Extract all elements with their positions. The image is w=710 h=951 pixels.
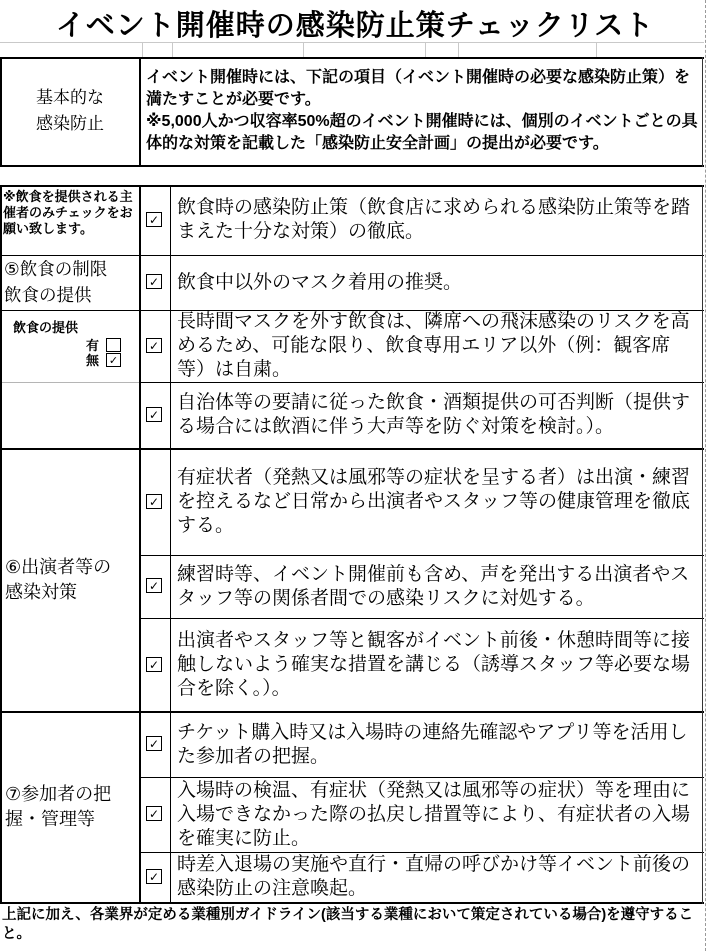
checklist-item-text: 有症状者（発熱又は風邪等の症状を呈する者）は出演・練習を控えるなど日常から出演者… [177,450,693,554]
checklist-item-text: チケット購入時又は入場時の連絡先確認やアプリ等を活用した参加者の把握。 [177,713,693,776]
checklist-item-checkbox[interactable]: ✓ [146,736,162,751]
table-border [140,382,704,383]
grid-line [596,42,597,57]
food-no-label: 無 [86,354,99,367]
grid-line [0,42,704,43]
checklist-item-checkbox[interactable]: ✓ [146,657,162,672]
table-border [0,711,704,713]
sidebar-food-provision-cell: 飲食の提供 有 無 ✓ [0,311,139,381]
checklist-item-checkbox[interactable]: ✓ [146,869,162,884]
sidebar-section5-label: ⑤飲食の制限 飲食の提供 [4,255,138,309]
table-border [140,777,704,778]
checklist-item-text: 飲食中以外のマスク着用の推奨。 [177,256,693,309]
table-border [0,165,704,167]
checklist-item-checkbox[interactable]: ✓ [146,494,162,509]
food-yes-option: 有 [86,338,121,352]
grid-line [458,42,459,57]
grid-line [142,42,143,57]
intro-paragraph: イベント開催時には、下記の項目（イベント開催時の必要な感染防止策）を満たすことが… [146,67,698,111]
intro-text: イベント開催時には、下記の項目（イベント開催時の必要な感染防止策）を満たすことが… [146,59,698,163]
checklist-item-text: 練習時等、イベント開催前も含め、声を発出する出演者やスタッフ等の関係者間での感染… [177,556,693,617]
checklist-item-checkbox[interactable]: ✓ [146,407,162,422]
checklist-item-checkbox[interactable]: ✓ [146,338,162,353]
page-title: イベント開催時の感染防止策チェックリスト [0,2,710,44]
table-border [702,57,703,167]
table-border [0,255,704,256]
table-border [170,185,171,904]
grid-line [0,382,140,383]
table-border [139,185,141,904]
table-border [0,57,704,59]
grid-line [425,42,426,57]
checklist-item-text: 飲食時の感染防止策（飲食店に求められる感染防止策等を踏まえた十分な対策）の徹底。 [177,186,693,254]
food-no-option: 無 ✓ [86,353,121,367]
table-border [0,57,2,167]
table-border [139,57,141,167]
intro-row-label: 基本的な 感染防止 [2,59,138,163]
food-no-checkbox[interactable]: ✓ [106,353,121,367]
table-border [0,448,704,450]
checklist-item-text: 自治体等の要請に従った飲食・酒類提供の可否判断（提供する場合には飲酒に伴う大声等… [177,383,693,447]
checklist-item-text: 出演者やスタッフ等と観客がイベント前後・休憩時間等に接触しないよう確実な措置を講… [177,620,693,710]
table-border [0,902,704,904]
table-border [702,185,703,904]
table-border [0,185,2,904]
checklist-item-checkbox[interactable]: ✓ [146,212,162,227]
sidebar-note: ※飲食を提供される主催者のみチェックをお願い致します。 [3,189,135,251]
footer-note: 上記に加え、各業界が定める業種別ガイドライン(該当する業種において策定されている… [2,906,706,944]
table-border [140,555,704,556]
table-border [0,185,704,187]
food-yes-label: 有 [86,339,99,352]
grid-line [303,42,304,57]
checklist-item-text: 入場時の検温、有症状（発熱又は風邪等の症状）等を理由に入場できなかった際の払戻し… [177,778,693,851]
checklist-item-text: 時差入退場の実施や直行・直帰の呼びかけ等イベント前後の感染防止の注意喚起。 [177,853,693,901]
checklist-item-checkbox[interactable]: ✓ [146,806,162,821]
table-border [140,618,704,619]
food-yes-checkbox[interactable] [106,338,121,352]
intro-note-paragraph: ※5,000人かつ収容率50%超のイベント開催時には、個別のイベントごとの具体的… [146,111,698,155]
checklist-item-checkbox[interactable]: ✓ [146,274,162,289]
sidebar-section6-label: ⑥出演者等の 感染対策 [0,450,139,710]
table-border [140,852,704,853]
food-provision-label: 飲食の提供 [13,317,78,336]
sidebar-section7-label: ⑦参加者の把 握・管理等 [0,713,139,901]
checklist-item-text: 長時間マスクを外す飲食は、隣席への飛沫感染のリスクを高めるため、可能な限り、飲食… [177,311,693,381]
grid-line [172,42,173,57]
table-border [0,310,704,311]
page-break-dashed-line [705,0,706,951]
checklist-item-checkbox[interactable]: ✓ [146,578,162,593]
